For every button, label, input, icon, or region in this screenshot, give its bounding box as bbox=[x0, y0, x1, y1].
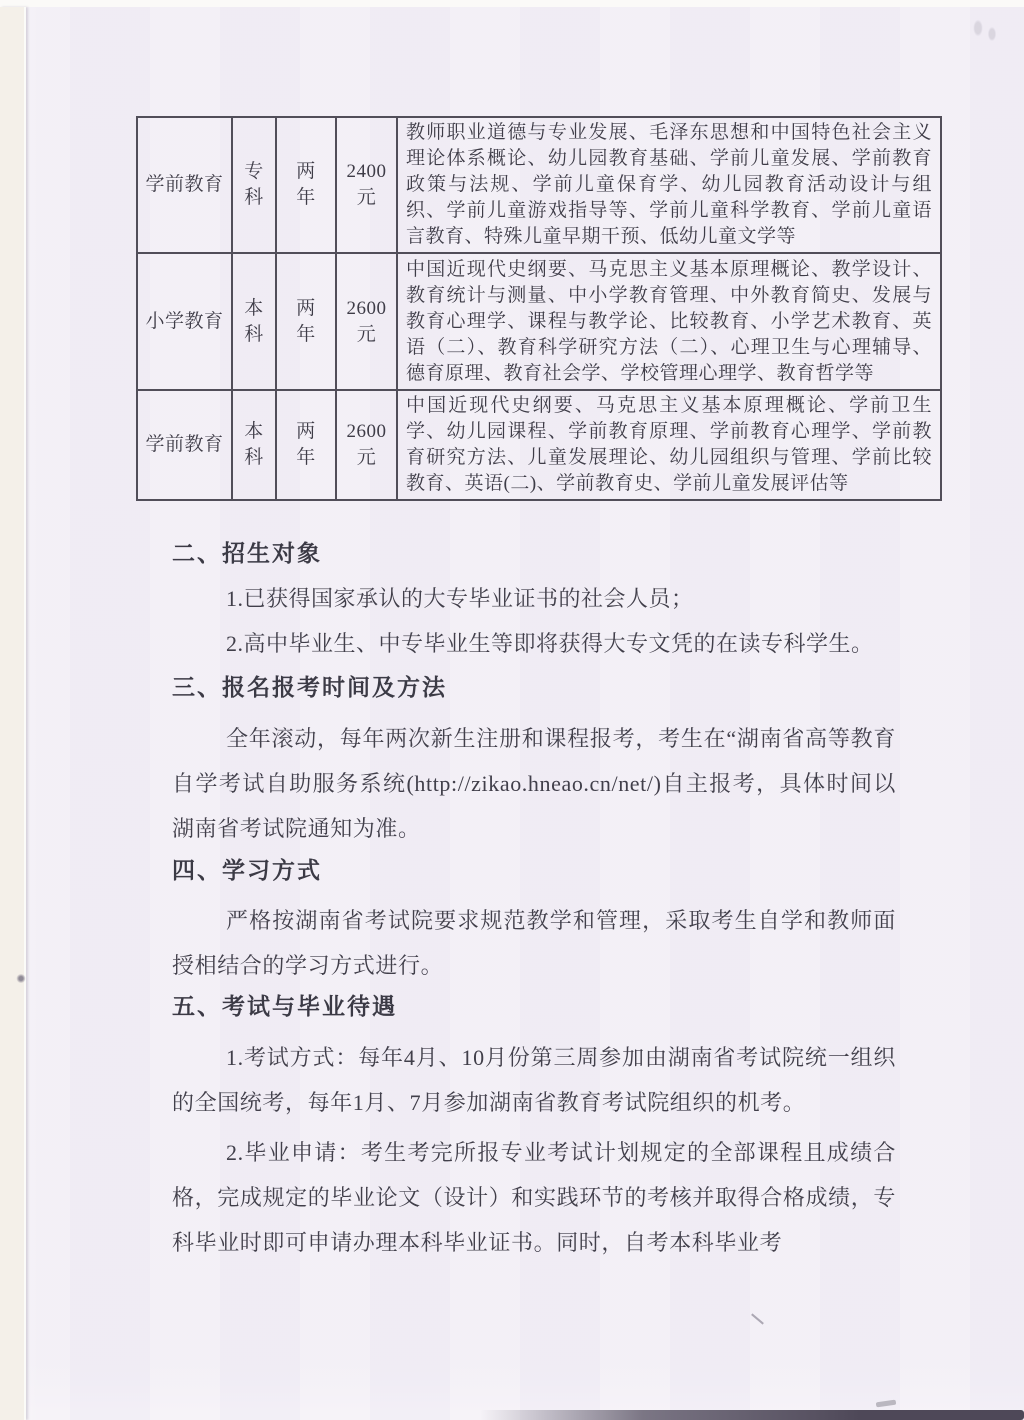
courses-cell: 中国近现代史纲要、马克思主义基本原理概论、教学设计、教育统计与测量、中小学教育管… bbox=[397, 253, 941, 390]
table-row: 学前教育 本科 两年 2600元 中国近现代史纲要、马克思主义基本原理概论、学前… bbox=[137, 390, 941, 500]
scan-speck bbox=[16, 974, 26, 983]
fee-cell: 2600元 bbox=[336, 253, 397, 390]
major-cell: 学前教育 bbox=[137, 390, 232, 500]
scan-top-edge bbox=[0, 0, 1024, 7]
courses-cell: 中国近现代史纲要、马克思主义基本原理概论、学前卫生学、幼儿园课程、学前教育原理、… bbox=[397, 390, 941, 500]
table-row: 小学教育 本科 两年 2600元 中国近现代史纲要、马克思主义基本原理概论、教学… bbox=[137, 253, 941, 390]
paragraph-exam-method: 1.考试方式：每年4月、10月份第三周参加由湖南省考试院统一组织的全国统考，每年… bbox=[172, 1035, 896, 1125]
level-cell: 专科 bbox=[232, 117, 276, 253]
scan-corner-smudge bbox=[968, 12, 1002, 52]
fee-cell: 2400元 bbox=[336, 117, 397, 253]
programs-table-wrapper: 学前教育 专科 两年 2400元 教师职业道德与专业发展、毛泽东思想和中国特色社… bbox=[136, 116, 942, 501]
paragraph-enrollment-item-2: 2.高中毕业生、中专毕业生等即将获得大专文凭的在读专科学生。 bbox=[172, 621, 952, 666]
scan-bottom-edge bbox=[480, 1410, 1024, 1420]
duration-cell: 两年 bbox=[276, 253, 336, 390]
paragraph-graduation-application: 2.毕业申请：考生考完所报专业考试计划规定的全部课程且成绩合格，完成规定的毕业论… bbox=[172, 1130, 896, 1265]
duration-cell: 两年 bbox=[276, 117, 336, 253]
duration-cell: 两年 bbox=[276, 390, 336, 500]
section-heading-registration: 三、报名报考时间及方法 bbox=[172, 668, 902, 708]
courses-cell: 教师职业道德与专业发展、毛泽东思想和中国特色社会主义理论体系概论、幼儿园教育基础… bbox=[397, 117, 941, 253]
major-cell: 学前教育 bbox=[137, 117, 232, 253]
level-cell: 本科 bbox=[232, 253, 276, 390]
section-heading-exams-graduation: 五、考试与毕业待遇 bbox=[172, 987, 902, 1027]
fee-cell: 2600元 bbox=[336, 390, 397, 500]
paragraph-study-mode: 严格按湖南省考试院要求规范教学和管理，采取考生自学和教师面授相结合的学习方式进行… bbox=[172, 898, 896, 988]
major-cell: 小学教育 bbox=[137, 253, 232, 390]
paragraph-registration: 全年滚动，每年两次新生注册和课程报考，考生在“湖南省高等教育自学考试自助服务系统… bbox=[172, 716, 896, 851]
paragraph-enrollment-item-1: 1.已获得国家承认的大专毕业证书的社会人员； bbox=[172, 576, 952, 621]
programs-table: 学前教育 专科 两年 2400元 教师职业道德与专业发展、毛泽东思想和中国特色社… bbox=[136, 116, 942, 501]
table-row: 学前教育 专科 两年 2400元 教师职业道德与专业发展、毛泽东思想和中国特色社… bbox=[137, 117, 941, 253]
section-heading-enrollment-targets: 二、招生对象 bbox=[172, 534, 902, 574]
level-cell: 本科 bbox=[232, 390, 276, 500]
section-heading-study-mode: 四、学习方式 bbox=[172, 851, 902, 891]
scan-left-page-edge bbox=[0, 7, 26, 1420]
